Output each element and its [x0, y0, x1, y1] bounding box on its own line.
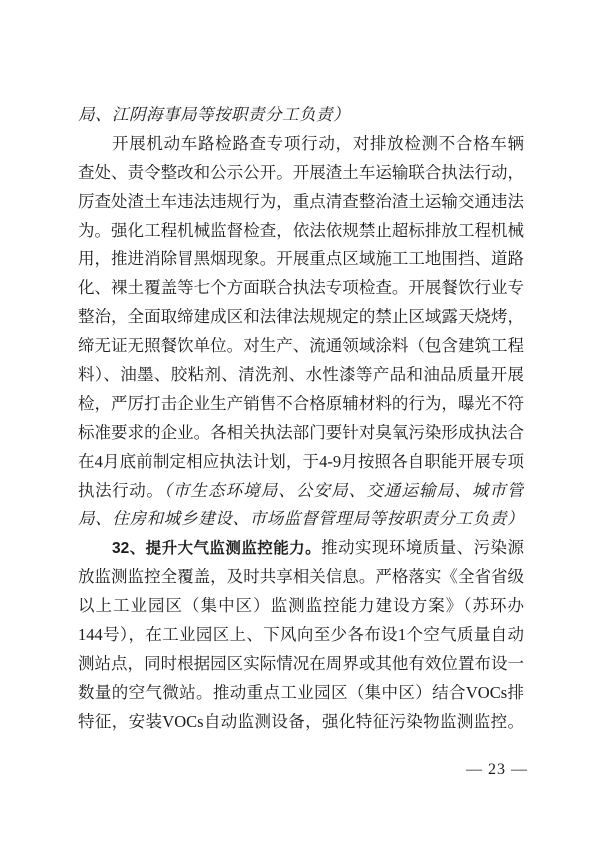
text-segment-song: 开展机动车路检路查专项行动，对排放检测不合格车辆依法: [78, 134, 524, 159]
text-line: 标准要求的企业。各相关执法部门要针对臭氧污染形成执法合力，: [78, 419, 524, 448]
text-line: 开展机动车路检路查专项行动，对排放检测不合格车辆依法: [78, 130, 524, 159]
text-segment-song: 测站点，同时根据园区实际情况在周界或其他有效位置布设一定: [78, 654, 524, 679]
text-segment-kai: 局、住房和城乡建设、市场监督管理局等按职责分工负责）: [78, 509, 524, 528]
text-line: 查处、责令整改和公示公开。开展渣土车运输联合执法行动，严: [78, 159, 524, 188]
text-line: 执法行动。（市生态环境局、公安局、交通运输局、城市管理: [78, 477, 524, 506]
text-line: 用，推进消除冒黑烟现象。开展重点区域施工工地围挡、道路硬: [78, 245, 524, 274]
text-segment-hei: 32、提升大气监测监控能力。: [112, 540, 321, 557]
text-segment-song: 标准要求的企业。各相关执法部门要针对臭氧污染形成执法合力，: [78, 423, 524, 448]
text-segment-song: 料）、油墨、胶粘剂、清洗剂、水性漆等产品和油品质量开展抽: [78, 365, 524, 390]
text-line: 整治，全面取缔建成区和法律法规规定的禁止区域露天烧烤，取: [78, 303, 524, 332]
text-line: 厉查处渣土车违法违规行为，重点清查整治渣土运输交通违法行: [78, 188, 524, 217]
text-line: 缔无证无照餐饮单位。对生产、流通领域涂料（包含建筑工程涂: [78, 332, 524, 361]
text-segment-song: 在4月底前制定相应执法计划，于4-9月按照各自职能开展专项: [78, 452, 524, 471]
document-page: 局、江阴海事局等按职责分工负责）开展机动车路检路查专项行动，对排放检测不合格车辆…: [0, 0, 600, 848]
text-segment-song: 厉查处渣土车违法违规行为，重点清查整治渣土运输交通违法行: [78, 192, 524, 217]
text-line: 放监测监控全覆盖，及时共享相关信息。严格落实《全省省级及: [78, 563, 524, 592]
text-segment-song: 查处、责令整改和公示公开。开展渣土车运输联合执法行动，严: [78, 163, 524, 188]
text-segment-song: 放监测监控全覆盖，及时共享相关信息。严格落实《全省省级及: [78, 567, 524, 592]
text-line: 32、提升大气监测监控能力。推动实现环境质量、污染源排: [78, 534, 524, 563]
text-segment-song: 执法行动。: [78, 481, 163, 500]
text-line: 144号），在工业园区上、下风向至少各布设1个空气质量自动监: [78, 621, 524, 650]
text-line: 以上工业园区（集中区）监测监控能力建设方案》（苏环办〔2021〕: [78, 592, 524, 621]
text-line: 数量的空气微站。推动重点工业园区（集中区）结合VOCs排放: [78, 679, 524, 708]
text-segment-song: 144号），在工业园区上、下风向至少各布设1个空气质量自动监: [78, 625, 524, 650]
text-segment-song: 以上工业园区（集中区）监测监控能力建设方案》（苏环办〔2021〕: [78, 596, 524, 621]
text-line: 测站点，同时根据园区实际情况在周界或其他有效位置布设一定: [78, 650, 524, 679]
text-segment-song: 整治，全面取缔建成区和法律法规规定的禁止区域露天烧烤，取: [78, 307, 524, 332]
text-segment-song: 数量的空气微站。推动重点工业园区（集中区）结合VOCs排放: [78, 683, 524, 708]
text-segment-song: 化、裸土覆盖等七个方面联合执法专项检查。开展餐饮行业专项: [78, 278, 524, 303]
text-line: 为。强化工程机械监督检查，依法依规禁止超标排放工程机械使: [78, 217, 524, 246]
text-segment-song: 缔无证无照餐饮单位。对生产、流通领域涂料（包含建筑工程涂: [78, 336, 524, 361]
page-number: — 23 —: [0, 761, 528, 779]
text-segment-song: 用，推进消除冒黑烟现象。开展重点区域施工工地围挡、道路硬: [78, 249, 524, 274]
text-line: 检，严厉打击企业生产销售不合格原辅材料的行为，曝光不符合: [78, 390, 524, 419]
text-segment-kai: 局、江阴海事局等按职责分工负责）: [78, 105, 350, 124]
text-line: 特征，安装VOCs自动监测设备，强化特征污染物监测监控。建: [78, 708, 524, 737]
text-line: 料）、油墨、胶粘剂、清洗剂、水性漆等产品和油品质量开展抽: [78, 361, 524, 390]
text-line: 局、江阴海事局等按职责分工负责）: [78, 101, 524, 130]
text-segment-song: 为。强化工程机械监督检查，依法依规禁止超标排放工程机械使: [78, 221, 524, 246]
text-segment-song: 特征，安装VOCs自动监测设备，强化特征污染物监测监控。建: [78, 712, 524, 737]
text-line: 化、裸土覆盖等七个方面联合执法专项检查。开展餐饮行业专项: [78, 274, 524, 303]
document-body: 局、江阴海事局等按职责分工负责）开展机动车路检路查专项行动，对排放检测不合格车辆…: [78, 101, 524, 737]
text-line: 局、住房和城乡建设、市场监督管理局等按职责分工负责）: [78, 505, 524, 534]
text-segment-song: 检，严厉打击企业生产销售不合格原辅材料的行为，曝光不符合: [78, 394, 524, 419]
text-line: 在4月底前制定相应执法计划，于4-9月按照各自职能开展专项: [78, 448, 524, 477]
